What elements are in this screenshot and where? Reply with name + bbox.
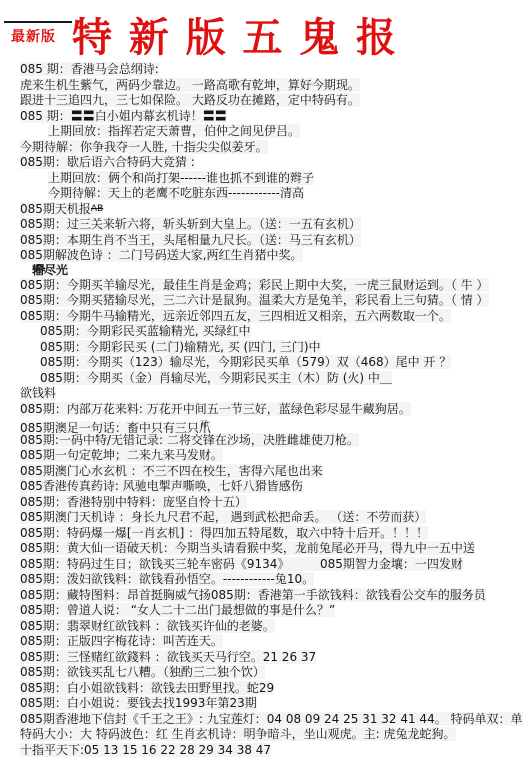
five-ghost-report-page: 最新版 特新版五鬼报 085 期：香港马会总纲诗:虎来生机生紫气，两码少靠边。 … (0, 0, 528, 783)
text-line: 085期：今期买（123）输尽光，今期彩民买单（579）双（468）尾中 开 ？ (20, 355, 526, 371)
text-line: 085期香港地下信封《千王之王》: 九宝莲灯：04 08 09 24 25 31… (20, 712, 526, 728)
text-line: 085期：过三关来斩六将，斩头斩到大皇上。（送：一五有玄机） (20, 217, 526, 233)
text-line: 085期：白小姐说：要钱去找1993年第23期 (20, 696, 526, 712)
text-line: 085期：特码爆一爆[一肖玄机] ：得四加五特尾数，取六中特十后开。！！！ (20, 526, 526, 542)
text-line: 085期澳门心水玄机 ：不三不四在校生，害得六尾也出来 (20, 464, 526, 480)
text-line: 085期：三怪赌红欲錢料 ：欲钱买天马行空。21 26 37 (20, 650, 526, 666)
text-line: 085期解波色诗 ：二门号码送大家,两红生肖猪中奖。 (20, 248, 526, 264)
page-title: 特新版五鬼报 (72, 6, 522, 63)
text-line: 085 期：香港马会总纲诗: (20, 62, 526, 78)
text-line: 085期：今期彩民买蓝输精光, 买绿红中 (20, 324, 526, 340)
text-line: 输尽光真 (20, 264, 526, 278)
text-line: 085期：藏特图料：昂首挺胸威气扬085期：香港第一手欲钱料：欲钱看公交车的服务… (20, 588, 526, 604)
text-line: 085期：歇后语六合特码大竞猜 : (20, 155, 526, 171)
report-body: 085 期：香港马会总纲诗:虎来生机生紫气，两码少靠边。 一路高歌有乾坤，算好今… (0, 60, 528, 758)
text-line: 085期：泼妇欲钱料：欲钱看孙悟空。------------兔10。 (20, 572, 526, 588)
text-line: 085期：内部万花来料: 万花开中间五一节三好，蓝绿色彩尽显牛藏狗居。 (20, 402, 526, 418)
text-line: 085期：香港特别中特料：庞坚自怜十五） (20, 495, 526, 511)
overlapped-text-artifact: 输尽光真 (32, 264, 68, 277)
text-line: 085期澳足一句话：畜中只有三只爪耳 (20, 417, 526, 433)
text-line: 上期回放：指挥若定天萧曹，伯仲之间见伊吕。 (20, 124, 526, 140)
text-line: 085期：白小姐欲钱料：欲钱去田野里找。蛇29 (20, 681, 526, 697)
badge-top-rule (4, 21, 72, 23)
text-line: 085期天机报AB (20, 202, 526, 218)
text-line: 欲钱料 (20, 386, 526, 402)
text-line: 085期：今期彩民买 (二门)输精光, 买 (四门, 三门)中 (20, 340, 526, 356)
text-line: 跟进十三追四九，三七如保险。 大路反功在摊路，定中特码有。 (20, 93, 526, 109)
text-line: 今期待解：天上的老鹰不吃脏东西------------清高 (20, 186, 526, 202)
text-line: 085期：曾道人说： “女人二十二出门最想做的事是什么？” (20, 603, 526, 619)
text-line: 虎来生机生紫气，两码少靠边。 一路高歌有乾坤，算好今期现。 (20, 78, 526, 94)
text-line: 085期：正版四字梅花诗：叫苦连天。 (20, 634, 526, 650)
text-line: 085期：今期买羊输尽光，最佳生肖是金鸡；彩民上期中大奖，一虎三鼠财运到。（ 牛… (20, 278, 526, 294)
text-line: 085期：今期买（金）肖输尽光，今期彩民买主（木）防 (火) 中＿ (20, 371, 526, 387)
text-line: 085期：黄大仙一语破天机：今期当头请看猴中奖，龙前兔尾必开马，得九中一五中送 (20, 541, 526, 557)
text-line: 特码大小：大 特码波色：红 生肖玄机诗：明争暗斗，坐山观虎。主: 虎兔龙蛇狗。 (20, 727, 526, 743)
latest-edition-badge: 最新版 (11, 26, 56, 46)
text-line: 085期：本期生肖不当王，头尾相量九尺长。（送：马三有玄机） (20, 233, 526, 249)
text-line: 十指平天下:05 13 15 16 22 28 29 34 38 47 (20, 743, 526, 759)
text-line: 085期：翡翠财红欲钱料 ：欲钱买许仙的老婆。 (20, 619, 526, 635)
text-line: 085期：今期牛马输精光，远亲近邻四五友，三四相近又相亲，五六两数取一个。 (20, 309, 526, 325)
text-line: 085香港传真药诗: 风驰电掣声嘶唤，七奷八猾皆感伤 (20, 479, 526, 495)
text-line: 085期一句定乾坤；二来九来马发财。 (20, 448, 526, 464)
text-line: 今期待解：你争我夺一人胜, 十指尖尖似姜牙。 (20, 140, 526, 156)
text-line: 085期:一码中特/无错记录: 二将交锋在沙场，决胜雌雄使刀枪。 (20, 433, 526, 449)
masthead: 最新版 特新版五鬼报 (0, 0, 528, 60)
text-line: 085 期：〓〓白小姐内幕玄机诗！〓〓 (20, 109, 526, 125)
text-line: 上期回放：俩个和尚打架------谁也抓不到谁的辫子 (20, 171, 526, 187)
text-line: 085期澳门天机诗 ：身长九尺君不起， 遇到武松把命丢。 （送：不劳而获） (20, 510, 526, 526)
text-line: 085期：特码过生日；欲钱买三轮车密码《9134》 085期智力金壤：一四发财 (20, 557, 526, 573)
text-line: 085期：今期买猪输尽光，三二六计是鼠狗。温柔大方是兔羊，彩民看上三句猜。（ 情… (20, 293, 526, 309)
text-line: 085期：欲钱买乱七八糟。（独酌三二独个饮） (20, 665, 526, 681)
